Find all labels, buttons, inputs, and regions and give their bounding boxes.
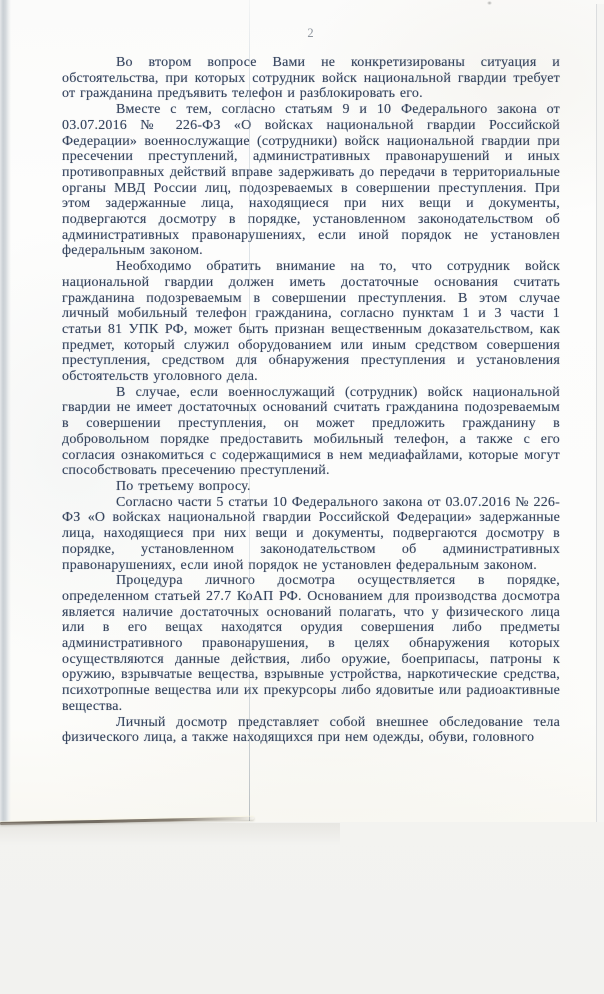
- paragraph-personal-search-definition: Личный досмотр представляет собой внешне…: [62, 715, 560, 746]
- paragraph-law-226-part-5-article-10: Согласно части 5 статьи 10 Федерального …: [62, 495, 560, 574]
- paragraph-question-three-heading: По третьему вопросу.: [62, 479, 560, 495]
- paragraph-voluntary-provision: В случае, если военнослужащий (сотрудник…: [62, 385, 560, 479]
- letter-body: Во втором вопросе Вами не конкретизирова…: [62, 55, 560, 746]
- paragraph-koap-27-7-procedure: Процедура личного досмотра осуществляетс…: [62, 573, 560, 714]
- paragraph-question-two-intro: Во втором вопросе Вами не конкретизирова…: [62, 55, 560, 102]
- scanned-document-photo: 2 Во втором вопросе Вами не конкретизиро…: [0, 0, 604, 994]
- vertical-fold-crease: [249, 0, 250, 821]
- left-scan-edge: [0, 0, 11, 822]
- paragraph-law-226-articles-9-10: Вместе с тем, согласно статьям 9 и 10 Фе…: [62, 102, 560, 259]
- scan-speck: [487, 1, 492, 5]
- right-page-edge: [596, 4, 604, 822]
- page-edge-soft-shadow: [0, 823, 340, 845]
- paper-sheet: 2 Во втором вопросе Вами не конкретизиро…: [0, 0, 604, 822]
- page-number: 2: [62, 26, 560, 41]
- paragraph-sufficient-grounds: Необходимо обратить внимание на то, что …: [62, 259, 560, 385]
